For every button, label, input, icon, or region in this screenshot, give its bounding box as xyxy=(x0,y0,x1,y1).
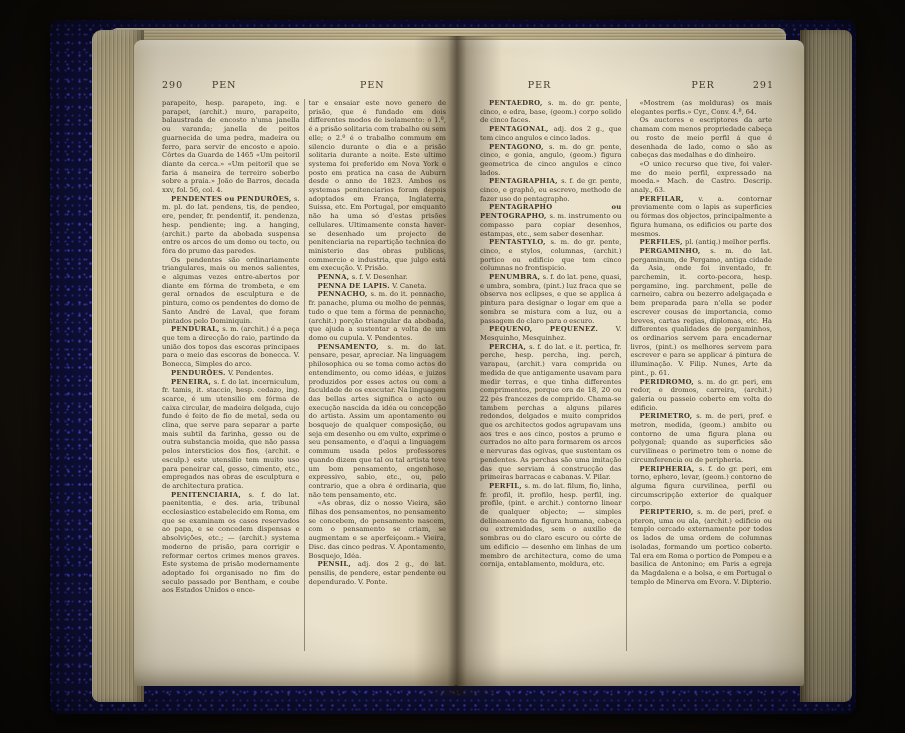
entry-headword: PENDENTES ou PENDURÕES, xyxy=(171,195,294,203)
entry-headword: PENDURAL, xyxy=(171,325,222,333)
entry-headword: PENNACHO, xyxy=(318,290,371,298)
dictionary-paragraph: PERFILAR, v. a. contornar previamente co… xyxy=(631,195,773,239)
right-page-column-1: PENTAEDRO, s. m. do gr. pente, cinco, e … xyxy=(476,99,626,651)
entry-headword: PERFILES, xyxy=(640,238,686,246)
dictionary-paragraph: PERCHA, s. f. do lat. e it. pertica, fr.… xyxy=(480,343,622,482)
entry-headword: PERIMETRO, xyxy=(640,412,697,420)
dictionary-paragraph: PENTASTYLO, s. m. do gr. pente, cinco, e… xyxy=(480,238,622,273)
dictionary-paragraph: PENTAGONO, s. m. do gr. pente, cinco, e … xyxy=(480,143,622,178)
dictionary-paragraph: Os auctores e escriptores da arte chamam… xyxy=(631,116,773,160)
entry-headword: PENTAGONAL, xyxy=(489,125,553,133)
entry-headword: PENSIL, xyxy=(318,560,358,568)
dictionary-paragraph: «As obras, diz o nosso Vieira, são filha… xyxy=(309,499,447,560)
dictionary-paragraph: PERFILES, pl. (antiq.) melhor perfis. xyxy=(631,238,773,247)
dictionary-paragraph: «O unico recurso que tive, foi valer-me … xyxy=(631,160,773,195)
dictionary-paragraph: PENUMBRA, s. f. do lat. pene, quasi, e u… xyxy=(480,273,622,325)
entry-headword: PENNA DE LAPIS. xyxy=(318,282,393,290)
entry-headword: PENTASTYLO, xyxy=(489,238,551,246)
running-head: PEN xyxy=(292,80,453,91)
entry-headword: PENSAMENTO, xyxy=(318,343,388,351)
running-head: PER xyxy=(453,80,627,91)
left-page-column-1: parapeito, hesp. parapeto, ing. e parape… xyxy=(158,99,304,651)
dictionary-paragraph: PERFIL, s. m. do lat. filum, fio, linha,… xyxy=(480,482,622,569)
dictionary-paragraph: PENITENCIARIA, s. f. do lat. paenitentia… xyxy=(162,491,300,595)
entry-headword: PENTAEDRO, xyxy=(489,99,548,107)
entry-headword: PENNA, xyxy=(318,273,352,281)
entry-headword: PERGAMINHO, xyxy=(640,247,711,255)
entry-headword: PERIPTERIO, xyxy=(640,508,698,516)
running-head: PEN xyxy=(144,80,305,91)
dictionary-paragraph: PENNA, s. f. V. Desenhar. xyxy=(309,273,447,282)
dictionary-paragraph: PENSAMENTO, s. m. do lat. pensare, pesar… xyxy=(309,343,447,500)
right-page-columns: PENTAEDRO, s. m. do gr. pente, cinco, e … xyxy=(456,99,804,651)
dictionary-paragraph: PENDURAL, s. m. (archit.) é a peça que t… xyxy=(162,325,300,369)
page-stack-right-edge xyxy=(800,30,852,702)
dictionary-paragraph: PERGAMINHO, s. m. do lat. pergaminum, de… xyxy=(631,247,773,378)
right-page-column-2: «Mostrem (as molduras) os mais elegantes… xyxy=(626,99,777,651)
dictionary-paragraph: «Mostrem (as molduras) os mais elegantes… xyxy=(631,99,773,116)
left-page-columns: parapeito, hesp. parapeto, ing. e parape… xyxy=(134,99,456,651)
entry-headword: PENTAGRAPHIA, xyxy=(489,177,561,185)
book-scan-scene: 290 PEN PEN parapeito, hesp. parapeto, i… xyxy=(0,0,905,733)
left-page-header: 290 PEN PEN xyxy=(134,80,456,94)
entry-headword: PERIDROMO, xyxy=(640,378,698,386)
right-page-header: PER PER 291 xyxy=(456,80,804,94)
left-page-column-2: tar e ensaiar este novo genero de prisão… xyxy=(304,99,451,651)
entry-headword: PENEIRA, xyxy=(171,378,214,386)
dictionary-paragraph: PENSIL, adj. dos 2 g., do lat. pensilis,… xyxy=(309,560,447,586)
dictionary-paragraph: PENDENTES ou PENDURÕES, s. m. pl. do lat… xyxy=(162,195,300,256)
entry-headword: PERFILAR, xyxy=(640,195,699,203)
dictionary-paragraph: PENTAGRAPHO ou PENTOGRAPHO, s. m. instru… xyxy=(480,203,622,238)
dictionary-paragraph: PENTAGRAPHIA, s. f. de gr. pente, cinco,… xyxy=(480,177,622,203)
dictionary-paragraph: PERIPHERIA, s. f. do gr. peri, em torno,… xyxy=(631,465,773,509)
entry-headword: PENTAGRAPHO ou PENTOGRAPHO, xyxy=(480,203,622,220)
dictionary-paragraph: PENDURÕES. V. Pendentes. xyxy=(162,369,300,378)
entry-headword: PENITENCIARIA, xyxy=(171,491,249,499)
right-page-number: 291 xyxy=(753,80,774,91)
dictionary-paragraph: PENTAEDRO, s. m. do gr. pente, cinco, e … xyxy=(480,99,622,125)
dictionary-paragraph: parapeito, hesp. parapeto, ing. e parape… xyxy=(162,99,300,195)
dictionary-paragraph: PERIPTERIO, s. m. de peri, pref. e ptero… xyxy=(631,508,773,586)
dictionary-paragraph: Os pendentes são ordinariamente triangul… xyxy=(162,256,300,326)
right-page: PER PER 291 PENTAEDRO, s. m. do gr. pent… xyxy=(456,40,804,686)
dictionary-paragraph: PENNA DE LAPIS. V. Caneta. xyxy=(309,282,447,291)
entry-headword: PENUMBRA, xyxy=(489,273,543,281)
dictionary-paragraph: PENNACHO, s. m. do it. pennacho, fr. pan… xyxy=(309,290,447,342)
dictionary-paragraph: PENEIRA, s. f. do lat. incerniculum, fr.… xyxy=(162,378,300,491)
dictionary-paragraph: tar e ensaiar este novo genero de prisão… xyxy=(309,99,447,273)
entry-headword: PEQUENO, PEQUENEZ. xyxy=(489,325,616,333)
entry-headword: PERFIL, xyxy=(489,482,525,490)
dictionary-paragraph: PERIDROMO, s. m. do gr. peri, em redor, … xyxy=(631,378,773,413)
dictionary-paragraph: PERIMETRO, s. m. de peri, pref. e metron… xyxy=(631,412,773,464)
entry-headword: PERIPHERIA, xyxy=(640,465,699,473)
dictionary-paragraph: PENTAGONAL, adj. dos 2 g., que tem cinco… xyxy=(480,125,622,142)
entry-headword: PENDURÕES. xyxy=(171,369,228,377)
left-page: 290 PEN PEN parapeito, hesp. parapeto, i… xyxy=(134,40,456,686)
entry-headword: PERCHA, xyxy=(489,343,529,351)
dictionary-paragraph: PEQUENO, PEQUENEZ. V. Mesquinho, Mesquin… xyxy=(480,325,622,342)
entry-headword: PENTAGONO, xyxy=(489,143,549,151)
